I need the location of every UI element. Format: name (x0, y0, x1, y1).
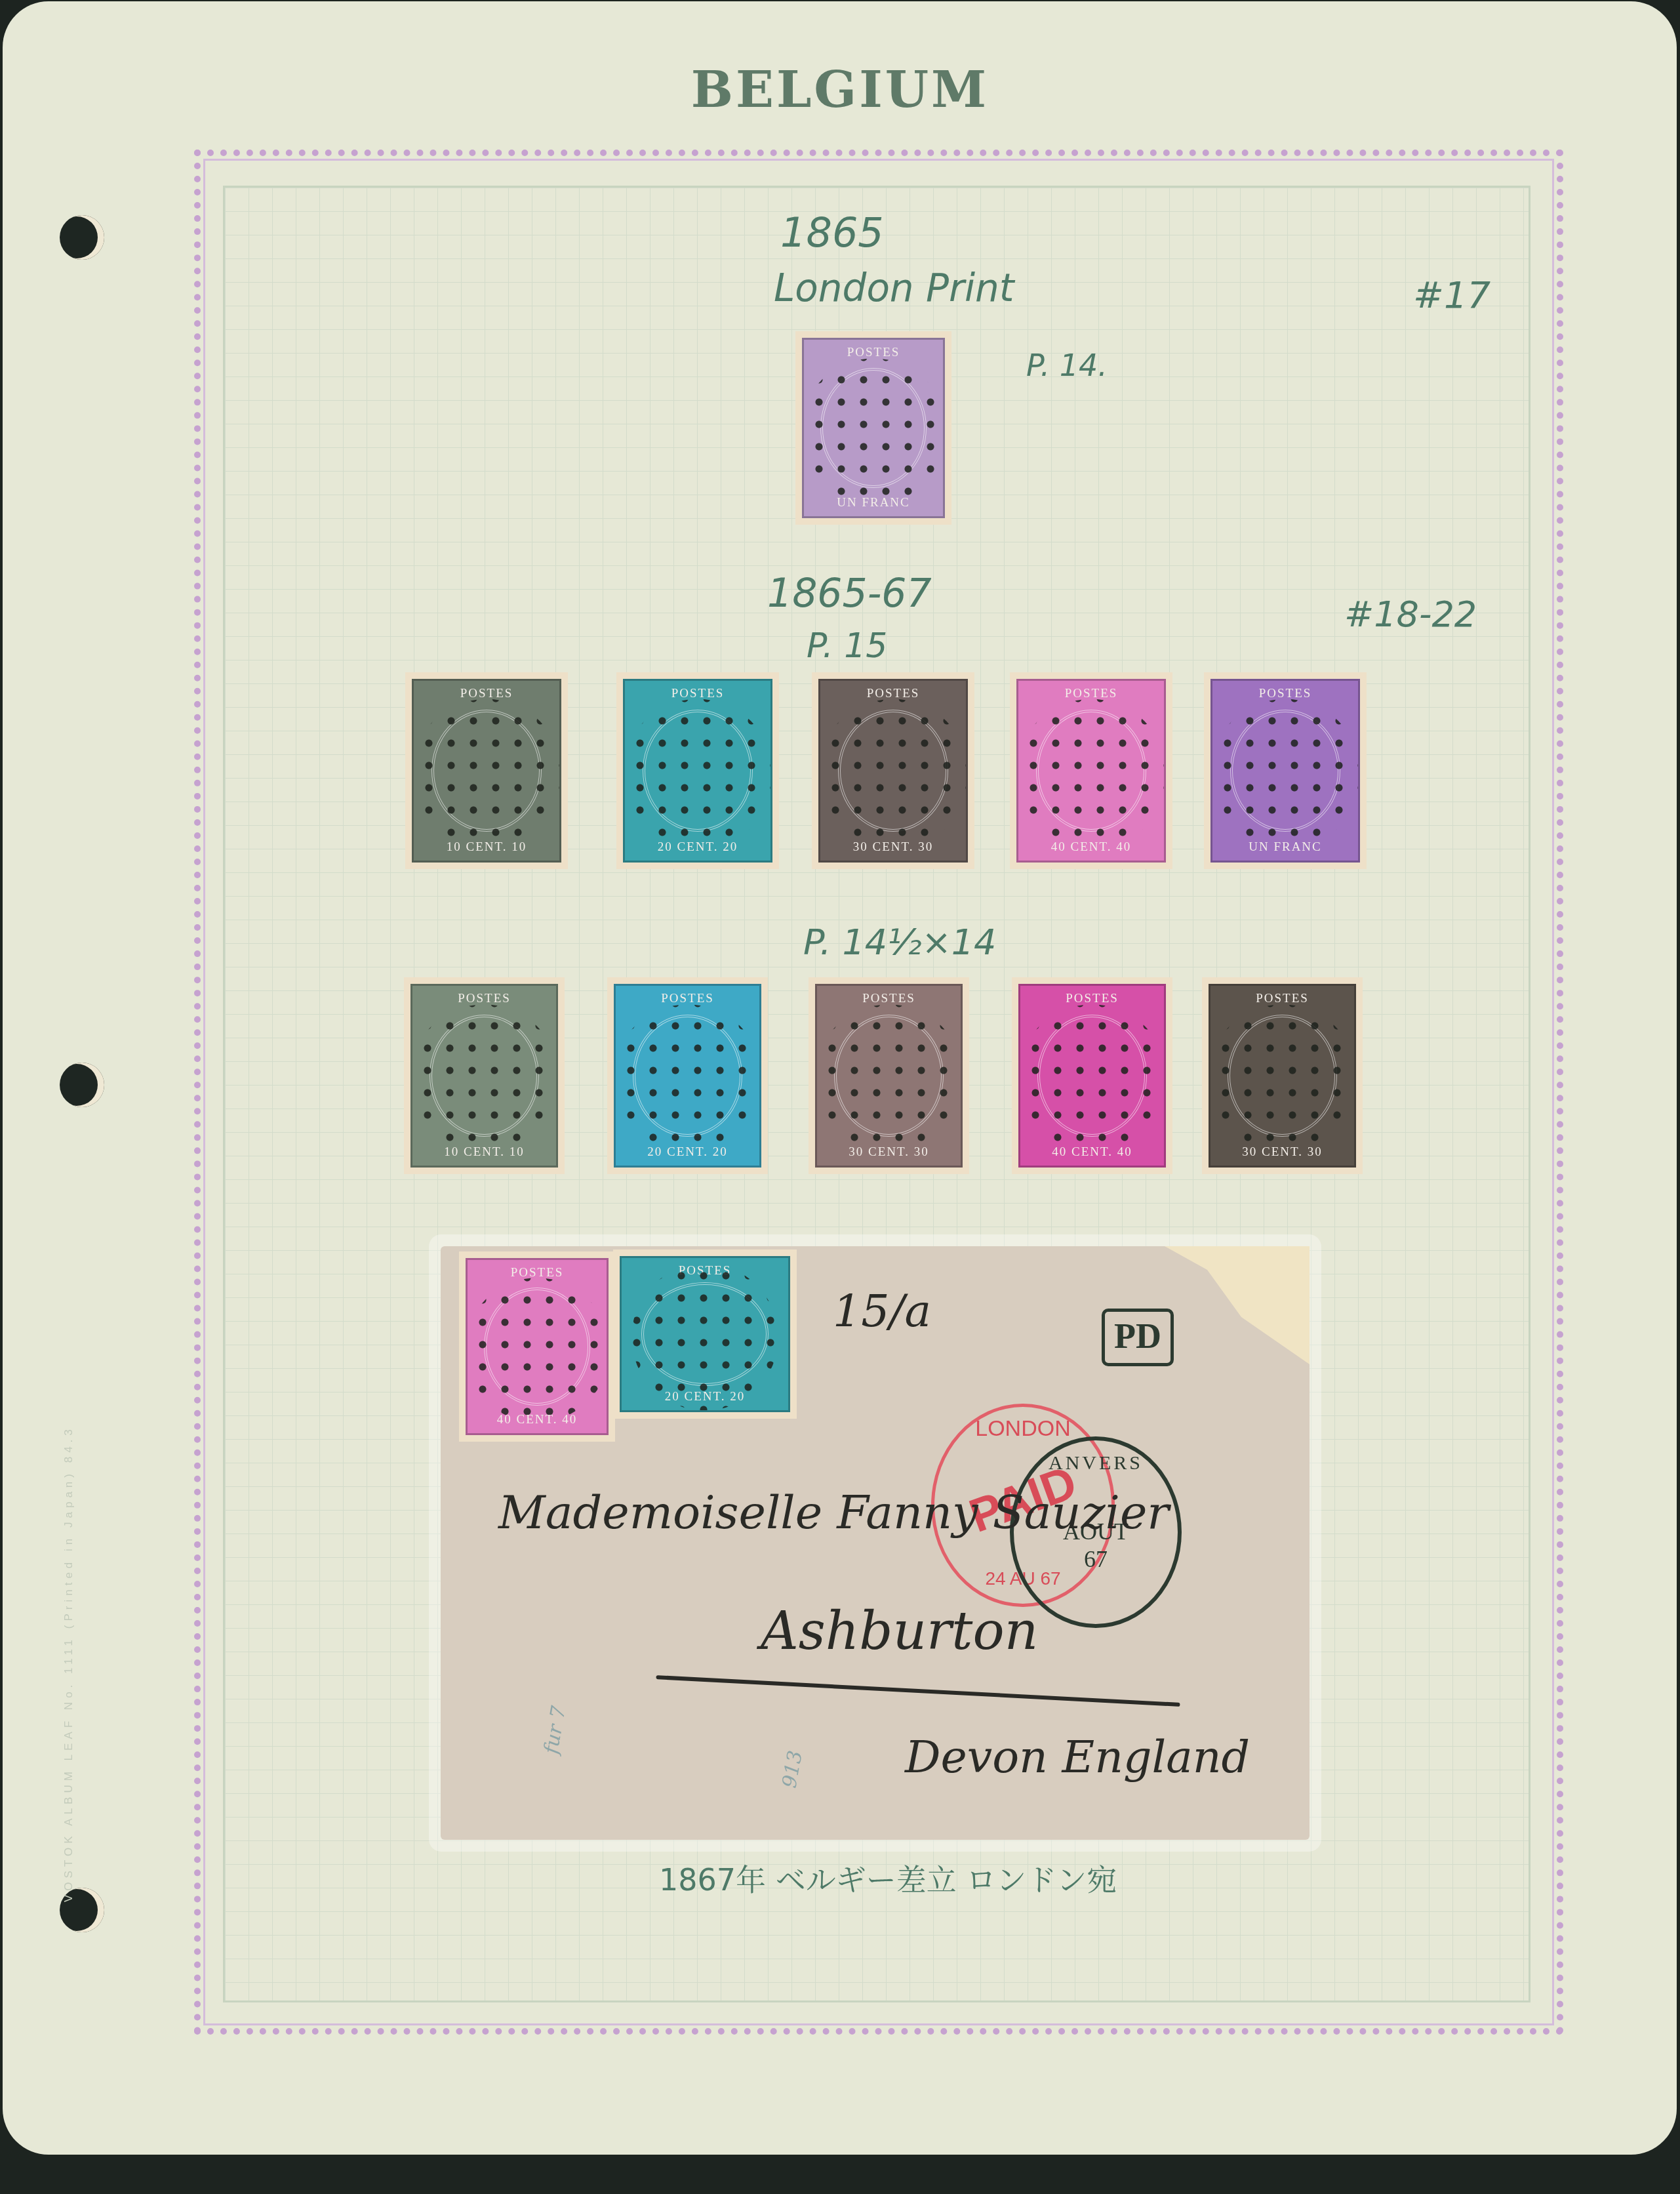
stamp-value: 10 CENT. 10 (412, 1143, 556, 1162)
dotted-cancel (625, 681, 770, 861)
dotted-cancel (412, 986, 556, 1166)
stamp: POSTES30 CENT. 30 (812, 672, 974, 869)
address-line: Ashburton (761, 1600, 1038, 1661)
stamp-design: POSTES20 CENT. 20 (614, 984, 761, 1168)
stamp-value: 10 CENT. 10 (414, 838, 559, 857)
dotted-cancel (468, 1260, 607, 1433)
album-imprint: VOSTOK ALBUM LEAF No. 1111 (Printed in J… (62, 1425, 75, 1902)
perforation-note: P. 14½×14 (803, 922, 996, 963)
stamp: POSTESUN FRANC (1204, 672, 1367, 869)
stamp-value: 40 CENT. 40 (468, 1411, 607, 1429)
stamp-design: POSTES10 CENT. 10 (412, 679, 561, 863)
address-line: Mademoiselle Fanny Sauzier (498, 1486, 1169, 1539)
dotted-cancel (817, 986, 961, 1166)
dotted-cancel (820, 681, 966, 861)
stamp-value: UN FRANC (804, 494, 943, 512)
stamp-design: POSTES20 CENT. 20 (623, 679, 772, 863)
pd-handstamp: PD (1102, 1309, 1174, 1366)
postmark-city: ANVERS (1014, 1452, 1178, 1474)
rate-note: 15/a (833, 1286, 931, 1337)
stamp-design: POSTES40 CENT. 40 (1016, 679, 1166, 863)
dotted-cancel (804, 340, 943, 516)
stamp-design: POSTES10 CENT. 10 (410, 984, 558, 1168)
dotted-cancel (616, 986, 759, 1166)
stamp: POSTES10 CENT. 10 (405, 672, 568, 869)
stamp-value: 20 CENT. 20 (622, 1388, 788, 1406)
stamp: POSTES20 CENT. 20 (607, 977, 768, 1174)
dotted-cancel (1020, 986, 1164, 1166)
binder-hole (60, 215, 104, 260)
stamp: POSTES10 CENT. 10 (404, 977, 565, 1174)
dotted-cancel (1210, 986, 1354, 1166)
stamp-design: POSTES20 CENT. 20 (620, 1256, 790, 1412)
stamp-value: UN FRANC (1212, 838, 1358, 857)
stamp: POSTES30 CENT. 30 (1202, 977, 1363, 1174)
stamp: POSTES40 CENT. 40 (459, 1251, 615, 1442)
dotted-cancel (1212, 681, 1358, 861)
stamp: POSTES20 CENT. 20 (613, 1249, 797, 1419)
stamp-design: POSTES30 CENT. 30 (815, 984, 963, 1168)
stamp-value: 30 CENT. 30 (1210, 1143, 1354, 1162)
section-year: 1865 (780, 209, 884, 256)
stamp-design: POSTES40 CENT. 40 (1018, 984, 1166, 1168)
postmark-year: 67 (1014, 1545, 1178, 1573)
binder-hole (60, 1063, 104, 1107)
catalog-number: #17 (1413, 274, 1490, 317)
stamp: POSTES30 CENT. 30 (809, 977, 969, 1174)
stamp-value: 20 CENT. 20 (625, 838, 770, 857)
stamp: POSTES20 CENT. 20 (616, 672, 779, 869)
section-subtitle: London Print (774, 266, 1014, 310)
stamp: POSTES40 CENT. 40 (1010, 672, 1172, 869)
perforation-note: P. 15 (807, 626, 887, 666)
stamp-value: 40 CENT. 40 (1018, 838, 1164, 857)
page-title: BELGIUM (0, 60, 1680, 119)
stamp-value: 30 CENT. 30 (817, 1143, 961, 1162)
stamp: POSTESUN FRANC (795, 331, 951, 525)
stamp-design: POSTES30 CENT. 30 (818, 679, 968, 863)
perforation-note: P. 14. (1026, 348, 1108, 383)
stamp-design: POSTES30 CENT. 30 (1209, 984, 1356, 1168)
stamp-design: POSTESUN FRANC (1210, 679, 1360, 863)
address-line: Devon England (905, 1732, 1250, 1783)
dotted-cancel (1018, 681, 1164, 861)
section-year: 1865-67 (767, 571, 932, 617)
stamp-design: POSTESUN FRANC (802, 338, 945, 518)
stamp-value: 30 CENT. 30 (820, 838, 966, 857)
stamp-value: 40 CENT. 40 (1020, 1143, 1164, 1162)
dotted-cancel (414, 681, 559, 861)
catalog-number: #18-22 (1344, 594, 1477, 635)
cover-caption: 1867年 ベルギー差立 ロンドン宛 (659, 1856, 1117, 1899)
stamp-design: POSTES40 CENT. 40 (466, 1258, 609, 1435)
stamp: POSTES40 CENT. 40 (1012, 977, 1172, 1174)
stamp-value: 20 CENT. 20 (616, 1143, 759, 1162)
